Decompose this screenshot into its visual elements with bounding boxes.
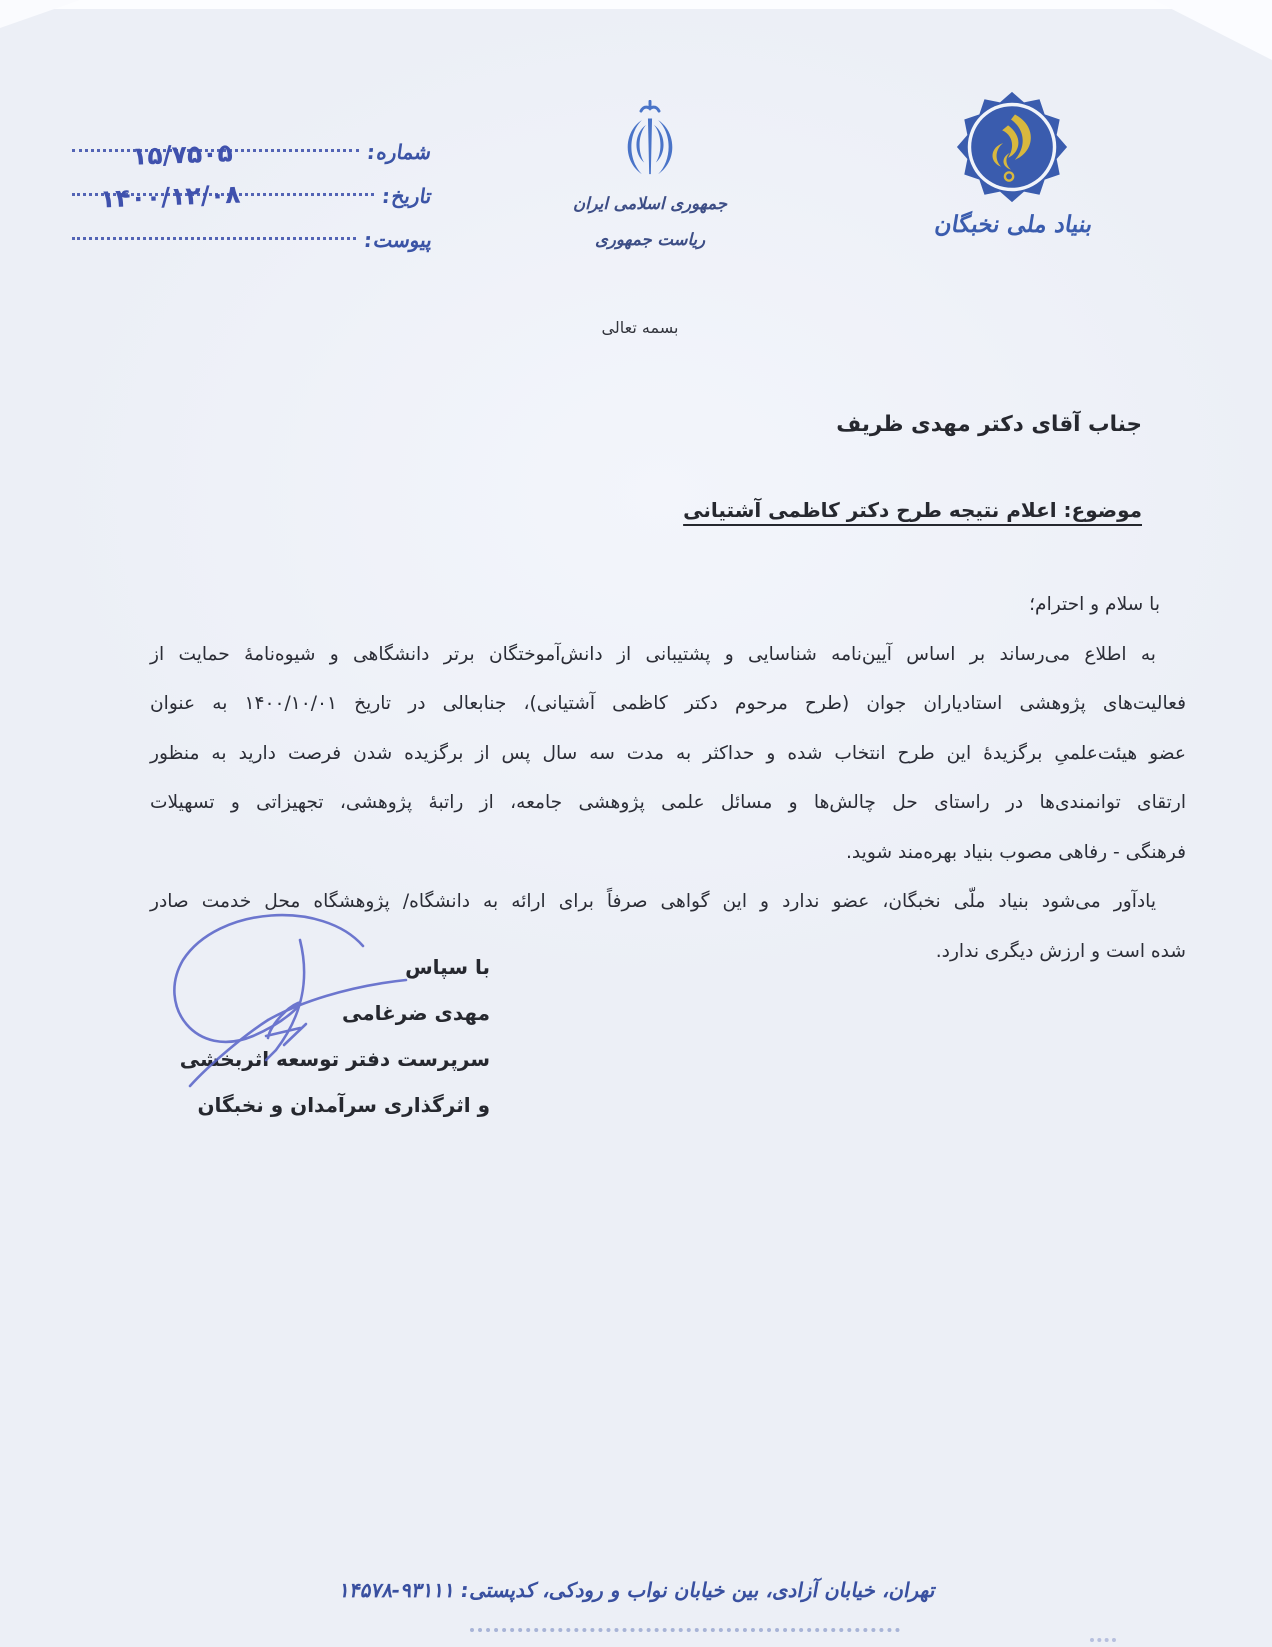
body-line: عضو هیئت‌علمیِ برگزیدهٔ این طرح انتخاب ش… — [150, 729, 1186, 779]
body-line: به اطلاع می‌رساند بر اساس آیین‌نامه شناس… — [150, 630, 1186, 680]
scanned-letter-page: شماره: تاریخ: پیوست: ۱۵/۷۵۰۵ ۱۴۰۰/۱۲/۰۸ — [0, 0, 1272, 1647]
scan-edge-top-right — [1154, 0, 1272, 60]
footer-address: تهران، خیابان آزادی، بین خیابان نواب و ر… — [460, 1578, 935, 1602]
body-paragraph-1: به اطلاع می‌رساند بر اساس آیین‌نامه شناس… — [150, 630, 1186, 878]
iran-emblem-icon — [614, 100, 686, 186]
footer-postal-code: ۱۴۵۷۸-۹۳۱۱۱ — [337, 1578, 454, 1602]
body-line: فعالیت‌های پژوهشی استادیاران جوان (طرح م… — [150, 679, 1186, 729]
body-line: فرهنگی - رفاهی مصوب بنیاد بهره‌مند شوید. — [150, 828, 1186, 878]
body-line: ارتقای توانمندی‌ها در راستای حل چالش‌ها … — [150, 778, 1186, 828]
salutation-line: با سلام و احترام؛ — [150, 580, 1186, 630]
besmellah-line: بسمه تعالی — [560, 318, 720, 337]
scan-edge-top-left — [0, 0, 80, 28]
emblem-block: جمهوری اسلامی ایران ریاست جمهوری — [520, 100, 780, 258]
scan-artifact-cutoff-text — [470, 1628, 900, 1632]
subject-line: موضوع: اعلام نتیجه طرح دکتر کاظمی آشتیان… — [683, 498, 1142, 522]
foundation-logo-block: بنیاد ملی نخبگان — [902, 88, 1122, 238]
scan-artifact-mark — [1090, 1638, 1116, 1642]
letterhead-fields: شماره: تاریخ: پیوست: ۱۵/۷۵۰۵ ۱۴۰۰/۱۲/۰۸ — [70, 140, 430, 272]
emblem-caption-line1: جمهوری اسلامی ایران — [520, 186, 780, 222]
field-row-attachment: پیوست: — [70, 228, 430, 272]
field-row-number: شماره: — [70, 140, 430, 184]
number-label: شماره: — [366, 140, 431, 164]
scan-edge-top — [0, 0, 1272, 9]
number-value-handwritten: ۱۵/۷۵۰۵ — [132, 138, 234, 170]
date-value-handwritten: ۱۴۰۰/۱۲/۰۸ — [100, 180, 241, 214]
footer-address-line: تهران، خیابان آزادی، بین خیابان نواب و ر… — [0, 1578, 1272, 1602]
signature-scribble-icon — [148, 908, 448, 1113]
date-label: تاریخ: — [381, 184, 431, 208]
elite-foundation-logo-icon — [953, 88, 1071, 206]
attachment-label: پیوست: — [362, 228, 431, 252]
recipient-line: جناب آقای دکتر مهدی ظریف — [836, 412, 1142, 437]
logo-wordmark: بنیاد ملی نخبگان — [901, 212, 1123, 238]
attachment-dotted-line — [72, 237, 356, 240]
emblem-caption-line2: ریاست جمهوری — [520, 222, 780, 258]
